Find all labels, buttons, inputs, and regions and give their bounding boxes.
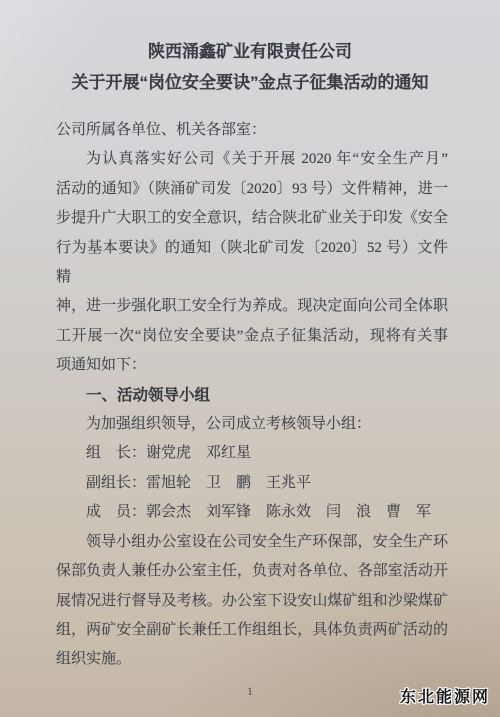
role-label: 副组长： — [86, 475, 146, 491]
paragraph1-line: 步提升广大职工的安全意识，结合陕北矿业关于印发《安全 — [56, 204, 448, 233]
section1-intro: 为加强组织领导，公司成立考核领导小组： — [56, 410, 448, 439]
salutation: 公司所属各单位、机关各部室： — [56, 116, 448, 145]
paragraph1-line: 行为基本要诀》的通知（陕北矿司发〔2020〕52 号）文件精 — [56, 234, 448, 293]
notice-title: 关于开展“岗位安全要诀”金点子征集活动的通知 — [0, 67, 500, 98]
role-names: 郭会杰 刘军锋 陈永效 闫 浪 曹 军 — [146, 504, 431, 520]
role-line-members: 成 员：郭会杰 刘军锋 陈永效 闫 浪 曹 军 — [56, 498, 448, 527]
paragraph2-line: 组，两矿安全副矿长兼任工作组组长，具体负责两矿活动的 — [56, 616, 448, 645]
role-label: 组 长： — [86, 445, 146, 461]
document-body: 公司所属各单位、机关各部室： 为认真落实好公司《关于开展 2020 年“安全生产… — [56, 116, 448, 675]
role-names: 谢党虎 邓红星 — [146, 445, 251, 461]
paragraph2-line: 保部负责人兼任办公室主任，负责对各单位、各部室活动开 — [56, 557, 448, 586]
paragraph1-line: 工开展一次“岗位安全要诀”金点子征集活动，现将有关事 — [56, 322, 448, 351]
role-label: 成 员： — [86, 504, 146, 520]
role-line-deputy: 副组长：雷旭轮 卫 鹏 王兆平 — [56, 469, 448, 498]
section1-heading: 一、活动领导小组 — [56, 381, 448, 410]
paragraph2-line: 领导小组办公室设在公司安全生产环保部，安全生产环 — [56, 528, 448, 557]
company-name: 陕西涌鑫矿业有限责任公司 — [0, 36, 500, 67]
document-title: 陕西涌鑫矿业有限责任公司 关于开展“岗位安全要诀”金点子征集活动的通知 — [0, 36, 500, 98]
role-line-leader: 组 长：谢党虎 邓红星 — [56, 439, 448, 468]
document-photo: 陕西涌鑫矿业有限责任公司 关于开展“岗位安全要诀”金点子征集活动的通知 公司所属… — [0, 0, 500, 717]
watermark: 东北能源网 — [400, 684, 490, 707]
paragraph1-line: 活动的通知》（陕涌矿司发〔2020〕93 号）文件精神，进一 — [56, 175, 448, 204]
role-names: 雷旭轮 卫 鹏 王兆平 — [146, 475, 311, 491]
paragraph1-line: 为认真落实好公司《关于开展 2020 年“安全生产月” — [56, 145, 448, 174]
paragraph1-line: 项通知如下： — [56, 351, 448, 380]
paragraph2-line: 组织实施。 — [56, 645, 448, 674]
paragraph2-line: 展情况进行督导及考核。办公室下设安山煤矿组和沙梁煤矿 — [56, 587, 448, 616]
paragraph1-line: 神，进一步强化职工安全行为养成。现决定面向公司全体职 — [56, 292, 448, 321]
